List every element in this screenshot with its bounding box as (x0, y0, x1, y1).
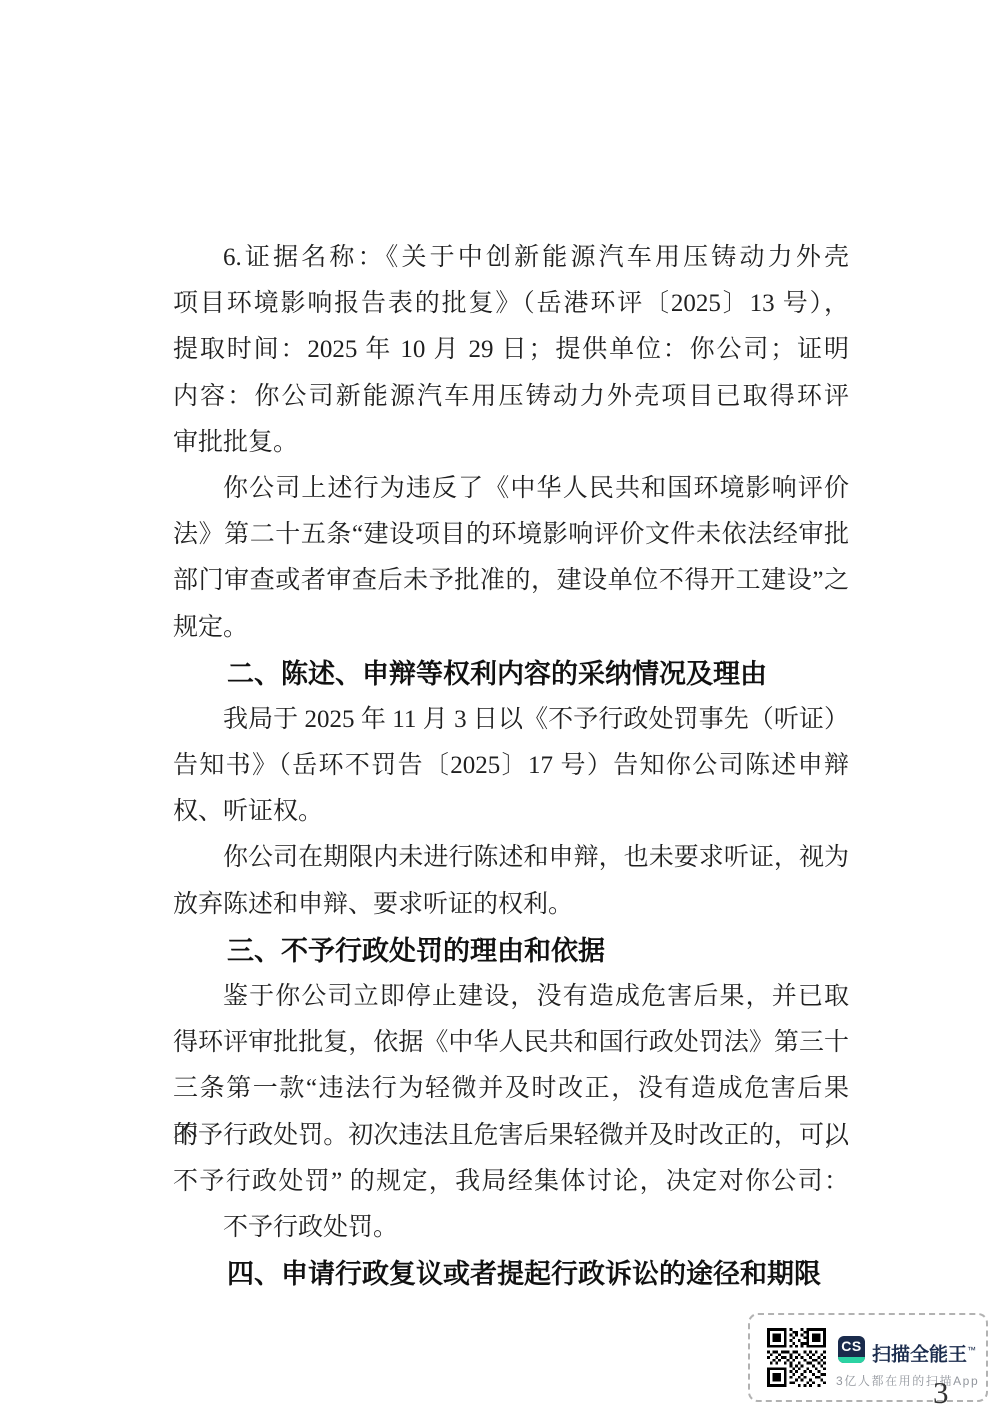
scanned-document-page: 6.证据名称：《关于中创新能源汽车用压铸动力外壳 项目环境影响报告表的批复》（岳… (0, 0, 1000, 1415)
doc-line: 审批批复。 (173, 420, 849, 466)
doc-line: 鉴于你公司立即停止建设，没有造成危害后果，并已取 (173, 974, 849, 1020)
doc-line: 规定。 (173, 605, 849, 651)
doc-line: 告知书》（岳环不罚告〔2025〕17 号）告知你公司陈述申辩 (173, 743, 849, 789)
doc-line: 内容：你公司新能源汽车用压铸动力外壳项目已取得环评 (173, 374, 849, 420)
doc-line: 部门审查或者审查后未予批准的，建设单位不得开工建设”之 (173, 558, 849, 604)
doc-line: 三条第一款“违法行为轻微并及时改正，没有造成危害后果的， (173, 1066, 849, 1112)
doc-line: 我局于 2025 年 11 月 3 日以《不予行政处罚事先（听证） (173, 697, 849, 743)
section-heading-3: 三、不予行政处罚的理由和依据 (173, 928, 849, 974)
page-number: 3 (933, 1376, 973, 1410)
trademark-symbol: ™ (967, 1345, 976, 1355)
doc-line: 法》第二十五条“建设项目的环境影响评价文件未依法经审批 (173, 512, 849, 558)
section-heading-4: 四、申请行政复议或者提起行政诉讼的途径和期限 (173, 1251, 849, 1297)
doc-line: 6.证据名称：《关于中创新能源汽车用压铸动力外壳 (173, 235, 849, 281)
doc-line: 项目环境影响报告表的批复》（岳港环评〔2025〕13 号）， (173, 281, 849, 327)
cs-monogram: CS (838, 1336, 865, 1357)
camscanner-logo-icon: CS (838, 1336, 865, 1363)
doc-line: 你公司在期限内未进行陈述和申辩，也未要求听证，视为 (173, 835, 849, 881)
camscanner-app-name: 扫描全能王™ (872, 1338, 984, 1367)
doc-line: 不予行政处罚” 的规定，我局经集体讨论，决定对你公司： (173, 1159, 849, 1205)
qr-code-icon (767, 1328, 826, 1387)
section-heading-2: 二、陈述、申辩等权利内容的采纳情况及理由 (173, 651, 849, 697)
doc-line: 不予行政处罚。初次违法且危害后果轻微并及时改正的，可以 (173, 1113, 849, 1159)
doc-line: 得环评审批批复，依据《中华人民共和国行政处罚法》第三十 (173, 1020, 849, 1066)
logo-teal-strip (838, 1357, 865, 1363)
doc-line: 你公司上述行为违反了《中华人民共和国环境影响评价 (173, 466, 849, 512)
doc-line: 权、听证权。 (173, 789, 849, 835)
doc-line: 不予行政处罚。 (173, 1205, 849, 1251)
doc-line: 提取时间：2025 年 10 月 29 日；提供单位：你公司；证明 (173, 327, 849, 373)
doc-line: 放弃陈述和申辩、要求听证的权利。 (173, 882, 849, 928)
document-body: 6.证据名称：《关于中创新能源汽车用压铸动力外壳 项目环境影响报告表的批复》（岳… (173, 235, 849, 1297)
